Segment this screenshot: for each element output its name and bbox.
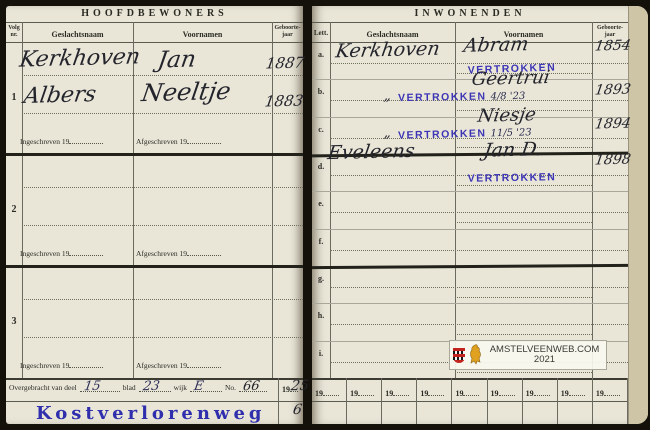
row-letter: g. <box>312 274 330 283</box>
birthyear-entry: 1883 <box>264 92 305 111</box>
entry-line <box>22 225 303 226</box>
year-column-label: 19 <box>350 389 358 398</box>
firstname-entry: Jan D. <box>482 138 543 162</box>
col-header-firstnames: Voornamen <box>133 30 272 39</box>
birthyear-entry: 1887 <box>265 54 306 73</box>
grid-line <box>278 378 279 424</box>
entry-line <box>455 297 592 298</box>
entry-line <box>330 287 628 288</box>
year-column-label: 19 <box>455 389 463 398</box>
watermark: AMSTELVEENWEB.COM 2021 <box>449 340 607 370</box>
col-header-surname: Geslachtsnaam <box>22 30 133 39</box>
entry-line <box>330 250 628 251</box>
surname-entry: Eveleens <box>326 140 416 164</box>
col-header-birthyear: Geboorte- <box>275 25 301 31</box>
year-column-label: 19 <box>561 389 569 398</box>
transfer-line: Overgebracht van deel 15 blad 23 wijk E … <box>9 383 277 392</box>
birthyear-entry: 1894 <box>594 116 632 133</box>
block-number: 2 <box>6 204 22 215</box>
grid-line <box>312 229 628 230</box>
year-column-label: 19 <box>315 389 323 398</box>
year-columns-empty-row <box>312 401 628 424</box>
transfer-wijk-value: E <box>193 379 205 394</box>
watermark-text: AMSTELVEENWEB.COM 2021 <box>486 345 603 366</box>
surname-entry: Kerkhoven <box>18 44 142 72</box>
afgeschreven-label: Afgeschreven 19 <box>136 249 221 258</box>
ingeschreven-label: Ingeschreven 19 <box>20 249 103 258</box>
street-name: Kostverlorenweg <box>36 403 254 424</box>
entry-line <box>455 185 592 186</box>
block-number: 1 <box>6 92 22 103</box>
amstelveen-coat-of-arms-icon <box>453 348 465 363</box>
birthyear-entry: 1854 <box>594 38 632 55</box>
entry-line <box>22 113 303 114</box>
entry-line <box>330 324 628 325</box>
grid-line <box>312 22 628 23</box>
surname-entry: Kerkhoven <box>334 38 441 63</box>
firstname-entry: Neeltje <box>140 77 233 107</box>
block-divider <box>312 264 628 269</box>
entry-line <box>22 337 303 338</box>
transfer-label: Overgebracht van deel <box>9 383 77 392</box>
afgeschreven-label: Afgeschreven 19 <box>136 361 221 370</box>
grid-line <box>312 117 628 118</box>
left-page: HOOFDBEWONERS Volg nr. Geslachtsnaam Voo… <box>6 6 303 424</box>
entry-line <box>330 212 628 213</box>
block-divider <box>6 153 303 156</box>
birthyear-entry: 1898 <box>594 152 632 169</box>
grid-line <box>6 42 303 43</box>
year-cell-written: 25 <box>290 378 310 394</box>
year-column-label: 19 <box>596 389 604 398</box>
row-letter: c. <box>312 125 330 134</box>
left-title: HOOFDBEWONERS <box>6 8 303 19</box>
transfer-label: blad <box>123 383 136 392</box>
entry-line <box>22 75 303 76</box>
firstname-entry: Jan <box>156 47 198 74</box>
vertrokken-stamp: VERTROKKEN <box>432 171 592 186</box>
block-divider <box>6 265 303 268</box>
col-header-lett: Lett. <box>312 29 330 37</box>
register-scan: HOOFDBEWONERS Volg nr. Geslachtsnaam Voo… <box>0 0 650 430</box>
vertrokken-stamp: VERTROKKEN <box>398 91 487 105</box>
entry-line <box>22 187 303 188</box>
col-header-birthyear: Geboorte- <box>597 25 623 31</box>
ingeschreven-label: Ingeschreven 19 <box>20 137 103 146</box>
year-column-label: 19 <box>491 389 499 398</box>
row-letter: f. <box>312 237 330 246</box>
year-column-label: 19 <box>420 389 428 398</box>
year-column-label: 19 <box>526 389 534 398</box>
row-letter: a. <box>312 50 330 59</box>
block-number: 3 <box>6 316 22 327</box>
entry-line <box>455 222 592 223</box>
firstname-entry: Abram <box>462 33 530 57</box>
surname-entry: Albers <box>22 82 98 109</box>
row-letter: h. <box>312 311 330 320</box>
house-number-written: 6 <box>292 402 303 418</box>
transfer-no-value: 66 <box>242 379 261 394</box>
afgeschreven-label: Afgeschreven 19 <box>136 137 221 146</box>
grid-line <box>312 79 628 80</box>
row-letter: b. <box>312 87 330 96</box>
transfer-label: wijk <box>174 383 187 392</box>
row-letter: i. <box>312 349 330 358</box>
birthyear-entry: 1893 <box>594 82 632 99</box>
transfer-deel-value: 15 <box>83 379 102 394</box>
ditto-mark: „ <box>383 88 393 104</box>
grid-line <box>312 191 628 192</box>
entry-line <box>455 372 592 373</box>
grid-line <box>312 303 628 304</box>
stamp-date-note: 4/8 '23 <box>490 91 525 103</box>
right-title: INWONENDEN <box>312 8 628 19</box>
page-edge <box>628 6 648 424</box>
entry-line <box>22 299 303 300</box>
year-column-label: 19 <box>385 389 393 398</box>
ingeschreven-label: Ingeschreven 19 <box>20 361 103 370</box>
grid-line <box>6 22 303 23</box>
transfer-blad-value: 23 <box>142 379 161 394</box>
lion-icon <box>468 344 483 366</box>
transfer-label: No. <box>225 383 236 392</box>
year-columns-row: 19 19 19 19 19 19 19 19 19 <box>312 378 628 401</box>
col-header-volgnr: Volg nr. <box>6 25 22 39</box>
grid-line <box>6 401 303 402</box>
row-letter: e. <box>312 199 330 208</box>
stamp-date-note: 11/5 '23 <box>490 127 531 139</box>
entry-line <box>455 334 592 335</box>
